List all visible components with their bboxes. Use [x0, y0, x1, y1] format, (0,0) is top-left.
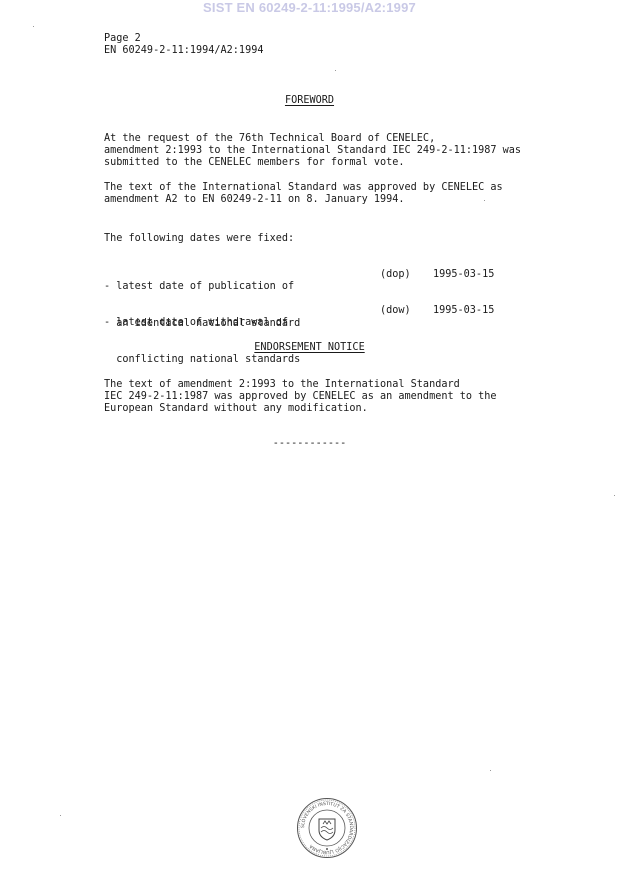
page-header: Page 2EN 60249-2-11:1994/A2:1994: [104, 33, 263, 57]
end-rule: ------------: [0, 438, 619, 449]
scan-speck: [484, 200, 485, 201]
date-code: (dop): [380, 269, 411, 281]
foreword-paragraph-2: The text of the International Standard w…: [104, 182, 503, 206]
page-number: Page 2: [104, 33, 263, 45]
foreword-heading: FOREWORD: [0, 95, 619, 107]
document-id: EN 60249-2-11:1994/A2:1994: [104, 45, 263, 57]
foreword-paragraph-1: At the request of the 76th Technical Boa…: [104, 133, 521, 170]
dates-intro: The following dates were fixed:: [104, 233, 294, 245]
scan-speck: [60, 815, 61, 816]
official-seal-icon: SLOVENSKI INSTITUT ZA STANDARDIZACIJO LJ…: [296, 797, 358, 859]
date-code: (dow): [380, 305, 411, 317]
scan-speck: [614, 495, 615, 496]
scan-speck: [33, 26, 34, 27]
date-value: 1995-03-15: [433, 269, 494, 281]
endorsement-paragraph: The text of amendment 2:1993 to the Inte…: [104, 379, 497, 416]
endorsement-heading: ENDORSEMENT NOTICE: [0, 342, 619, 354]
watermark: SIST EN 60249-2-11:1995/A2:1997: [0, 0, 619, 16]
scan-speck: [490, 770, 491, 771]
date-value: 1995-03-15: [433, 305, 494, 317]
scan-speck: [335, 70, 336, 71]
